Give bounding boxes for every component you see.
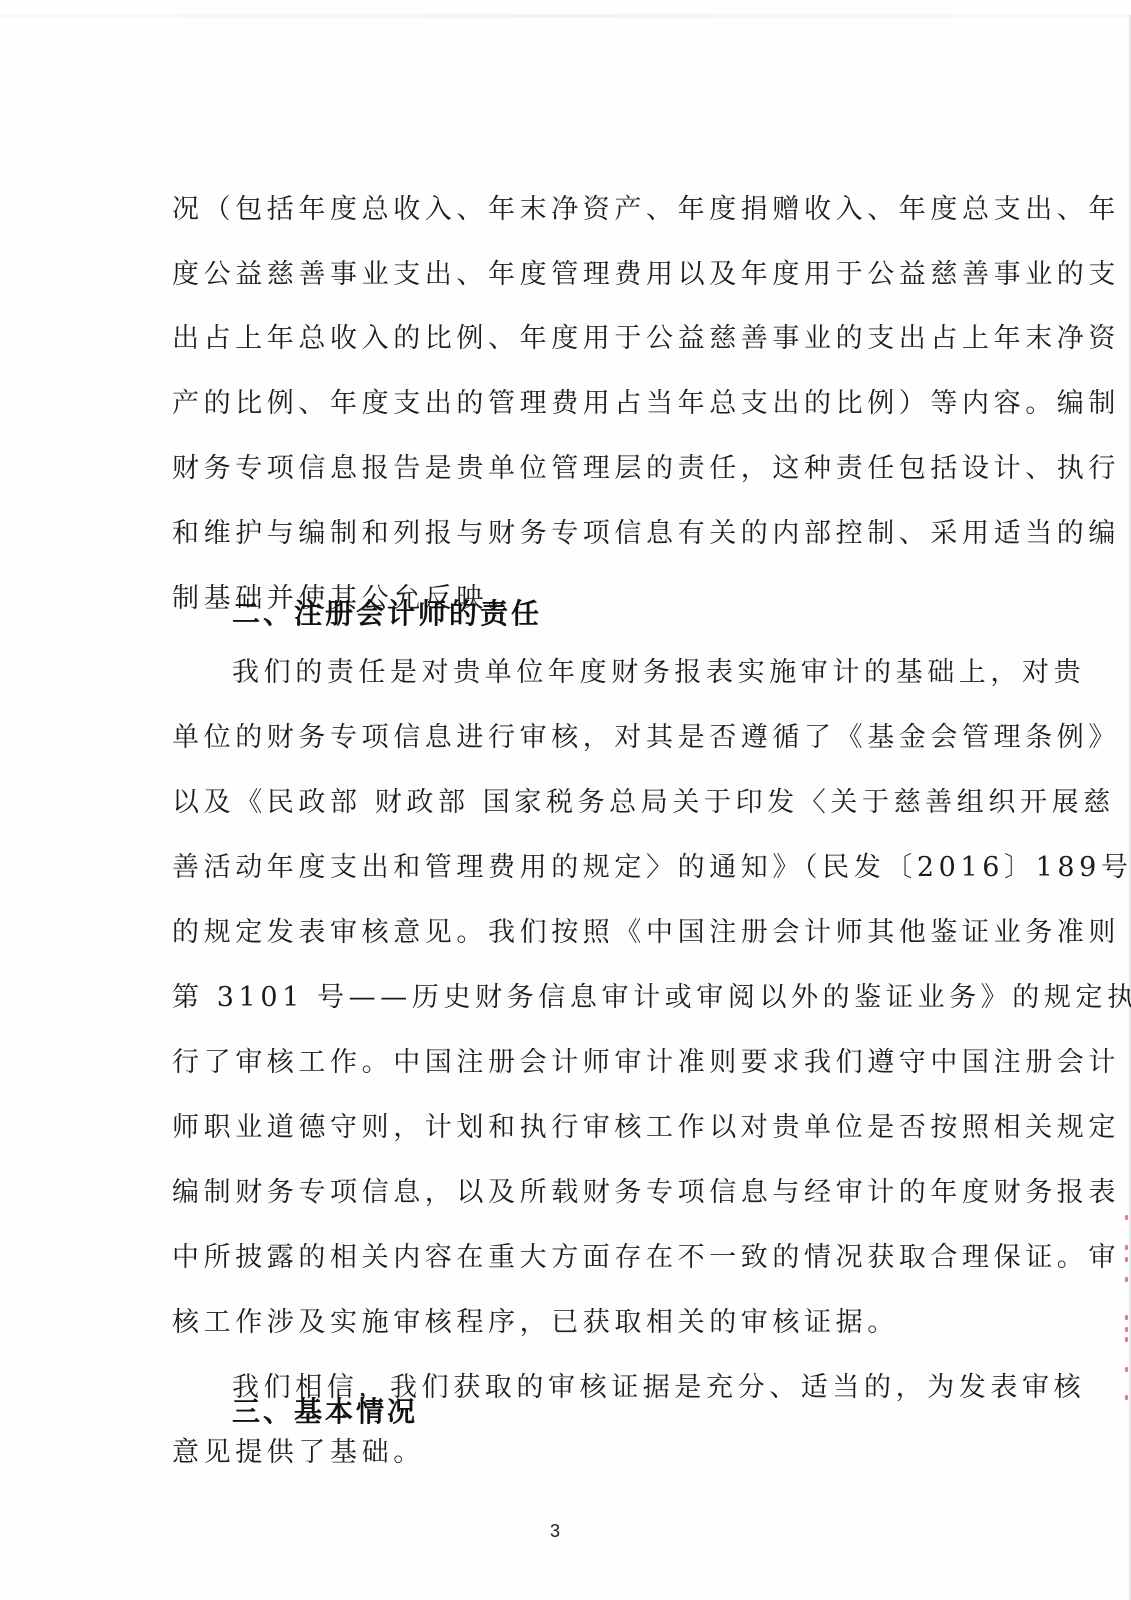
text-line: 以及《民政部 财政部 国家税务总局关于印发〈关于慈善组织开展慈	[172, 786, 942, 820]
text-line: 产的比例、年度支出的管理费用占当年总支出的比例）等内容。编制	[172, 387, 942, 421]
document-page: 况（包括年度总收入、年末净资产、年度捐赠收入、年度总支出、年 度公益慈善事业支出…	[0, 0, 1131, 1600]
text-line: 我们的责任是对贵单位年度财务报表实施审计的基础上，对贵	[232, 656, 942, 690]
page-number: 3	[550, 1521, 560, 1542]
text-line: 财务专项信息报告是贵单位管理层的责任，这种责任包括设计、执行	[172, 452, 942, 486]
text-line: 师职业道德守则，计划和执行审核工作以对贵单位是否按照相关规定	[172, 1111, 942, 1145]
text-line: 中所披露的相关内容在重大方面存在不一致的情况获取合理保证。审	[172, 1241, 942, 1275]
text-line: 度公益慈善事业支出、年度管理费用以及年度用于公益慈善事业的支	[172, 258, 942, 292]
text-line: 和维护与编制和列报与财务专项信息有关的内部控制、采用适当的编	[172, 517, 942, 551]
text-line: 意见提供了基础。	[172, 1436, 942, 1470]
section-heading-cpa-responsibility: 二、注册会计师的责任	[232, 597, 542, 631]
text-line: 的规定发表审核意见。我们按照《中国注册会计师其他鉴证业务准则	[172, 916, 942, 950]
text-line: 况（包括年度总收入、年末净资产、年度捐赠收入、年度总支出、年	[172, 193, 942, 227]
text-line: 核工作涉及实施审核程序，已获取相关的审核证据。	[172, 1306, 942, 1340]
seal-stamp-fragment	[1125, 1215, 1129, 1405]
text-line: 行了审核工作。中国注册会计师审计准则要求我们遵守中国注册会计	[172, 1046, 942, 1080]
text-line: 出占上年总收入的比例、年度用于公益慈善事业的支出占上年末净资	[172, 322, 942, 356]
text-line: 单位的财务专项信息进行审核，对其是否遵循了《基金会管理条例》	[172, 721, 942, 755]
text-line: 善活动年度支出和管理费用的规定〉的通知》（民发〔2016〕189号）	[172, 851, 942, 885]
text-line: 编制财务专项信息，以及所载财务专项信息与经审计的年度财务报表	[172, 1176, 942, 1210]
text-line: 第 3101 号——历史财务信息审计或审阅以外的鉴证业务》的规定执	[172, 981, 942, 1015]
scan-artifact-top	[0, 14, 1131, 18]
section-heading-basic-info: 三、基本情况	[232, 1395, 418, 1429]
